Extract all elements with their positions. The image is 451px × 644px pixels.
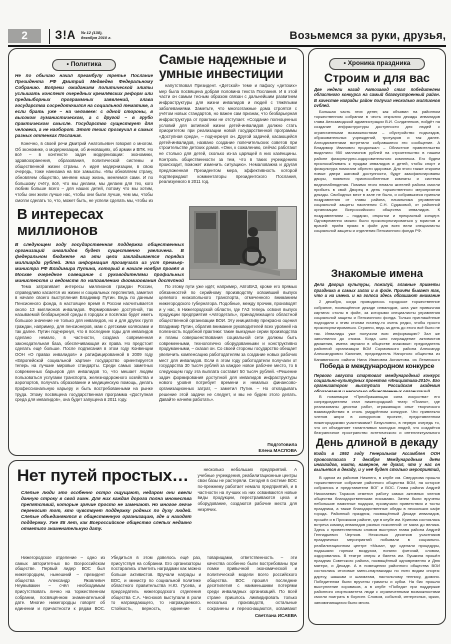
article-investments-col2: Самые надежные и умные инвестиции напутс…	[159, 53, 297, 203]
article-investments-col1: • Политика Не по обычаю начал преамбулу …	[15, 53, 153, 203]
section-victory-body: В номинации «Преображающая сила искусств…	[314, 394, 440, 436]
photo-wheelchair-bus-image	[190, 207, 296, 279]
issue-info: № 12 (138), декабря 2010 г.	[81, 31, 112, 41]
newspaper-logo: З!А	[55, 30, 76, 42]
byline-maslova: Подготовила Елена МАСЛОВА	[15, 442, 297, 453]
section-names: Знакомые имена Дела Дворца культуры, пож…	[314, 269, 440, 362]
article-paths-headline: Нет путей простых…	[17, 466, 192, 486]
politics-articles-box: • Политика Не по обычаю начал преамбулу …	[8, 48, 304, 456]
issue-date: декабря 2010 г.	[81, 36, 112, 41]
article-millions-body-col2: По этому пути уже идёт, например, АвтоВА…	[159, 284, 297, 403]
article-millions-body-col1: Тема затрагивает интересы миллионов граж…	[15, 284, 153, 403]
section-decade: День длиной в декаду Когда в 1992 году Г…	[314, 438, 440, 624]
masthead-slogan: Возьмемся за руки, друзья,	[290, 30, 446, 42]
article-investments-body-col2: напутствовал Президент. «Детской» теме и…	[159, 83, 297, 185]
article-investments-intro: Не по обычаю начал преамбулу третье Посл…	[15, 73, 153, 139]
section-victory-intro: Первого августа стартовал международный …	[314, 373, 440, 392]
article-paths-body: Нижегородское отделение – одно из самых …	[15, 555, 297, 613]
byline-prefix: Подготовила	[267, 442, 297, 447]
article-paths-box: Нет путей простых… Слепые люди это особе…	[8, 460, 304, 632]
article-millions: В интересах миллионов В следующем году г…	[15, 206, 297, 453]
page-number: 2	[8, 29, 41, 43]
section-build-body: Большая часть этих денег, как объявил на…	[314, 109, 440, 267]
section-build-intro: Две недели назад Автозавод стал победите…	[314, 87, 440, 107]
byline-isaeva: Светлана ИСАЕВА	[15, 613, 297, 619]
article-paths-body-col3: несколько небольших предприятий. А учебн…	[198, 467, 297, 512]
article-investments-headline: Самые надежные и умные инвестиции	[159, 53, 297, 81]
chronicle-column-box: • Хроника праздника Строим и для вас Две…	[308, 48, 446, 625]
masthead: 2 З!А № 12 (138), декабря 2010 г. Возьме…	[8, 27, 446, 47]
section-names-headline: Знакомые имена	[314, 269, 440, 281]
byline-name: Елена МАСЛОВА	[258, 448, 297, 453]
section-build-headline: Строим и для вас	[314, 72, 440, 85]
article-millions-headline: В интересах миллионов	[17, 207, 184, 239]
section-decade-body: В одном из районов Нижнего, в клубе им. …	[314, 475, 440, 623]
article-paths-intro: Слепые люди это особенно остро ощущают, …	[21, 490, 192, 532]
section-victory-headline: Победа в международном конкурсе	[314, 363, 440, 370]
section-names-body: 2 декабря, когда проводилось городское т…	[314, 299, 440, 361]
section-decade-headline: День длиной в декаду	[314, 438, 440, 450]
article-investments-body-col1: Конечно, в своей речи Дмитрий Анатольеви…	[15, 141, 153, 203]
masthead-divider	[49, 29, 50, 44]
section-decade-intro: Когда в 1992 году Генеральная Ассамблея …	[314, 451, 440, 473]
newspaper-page: 2 З!А № 12 (138), декабря 2010 г. Возьме…	[0, 0, 451, 644]
rubric-chronicle-pill: • Хроника праздника	[329, 58, 426, 71]
article-investments: • Политика Не по обычаю начал преамбулу …	[15, 53, 297, 203]
section-names-intro: Дела Дворца культуры, пожалуй, главные п…	[314, 282, 440, 297]
article-millions-intro: В следующем году государственная поддерж…	[15, 242, 184, 282]
section-build: Строим и для вас Две недели назад Автоза…	[314, 72, 440, 267]
photo-wheelchair-bus	[189, 206, 297, 280]
section-victory: Победа в международном конкурсе Первого …	[314, 363, 440, 435]
rubric-politics-pill: • Политика	[52, 59, 117, 72]
